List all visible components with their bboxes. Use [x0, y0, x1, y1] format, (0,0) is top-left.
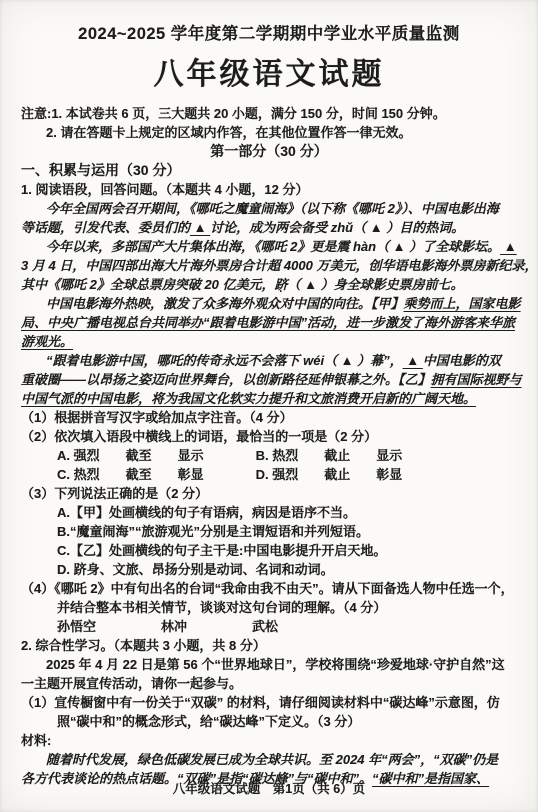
text-line: 材料:	[21, 731, 517, 750]
exam-paper: 2024~2025 学年度第二学期期中学业水平质量监测 八年级语文试题 注意:1…	[0, 0, 538, 812]
text-line: D. 跻身、文旅、昂扬分别是动词、名词和动词。	[21, 560, 517, 579]
text-line: 中国气派的中国电影，将为我国文化软实力提升和文旅消费开启新的广阔天地。	[21, 389, 517, 408]
underlined-text: 乘势而上，国家电影	[404, 296, 521, 311]
underlined-text: 拥有国际视野与	[431, 372, 522, 387]
text-line: （1）宣传橱窗中有一份关于“双碳” 的材料，请仔细阅读材料中“碳达峰”示意图，仿	[21, 693, 517, 712]
text-segment: 2. 综合性学习。（本题共 3 小题，共 8 分）	[21, 638, 266, 653]
text-line: 今年以来，多部国产大片集体出海，《哪吒 2》更是震 hàn（ ▲ ）了全球影坛。…	[21, 237, 517, 256]
underlined-text: ▲	[403, 353, 423, 368]
text-segment: 重破圈——以昂扬之姿迈向世界舞台，以创新路径延伸银幕之外。【乙】	[21, 372, 431, 387]
text-segment: 讨论，成为两会备受 zhǔ（ ▲ ）目的热词。	[210, 220, 464, 235]
text-segment: 等话题，引发代表、委员们的	[21, 220, 190, 235]
text-segment: 1. 阅读语段，回答问题。（本题共 4 小题，12 分）	[21, 182, 308, 197]
text-segment: 2. 请在答题卡上规定的区域内作答，在其他位置作答一律无效。	[46, 125, 411, 140]
text-segment: C.【乙】处画横线的句子主干是:中国电影提升开启天地。	[57, 543, 386, 558]
text-segment: （ ▲ ）身全球影史票房前七。	[288, 277, 464, 292]
text-segment: （1）根据拼音写汉字或给加点字注音。（4 分）	[21, 410, 293, 425]
text-line: 其中《哪吒 2》全球总票房突破 20 亿美元，跻（ ▲ ）身全球影史票房前七。	[21, 275, 517, 294]
underlined-text: ▲	[500, 239, 516, 254]
text-line: 2. 综合性学习。（本题共 3 小题，共 8 分）	[21, 636, 517, 655]
text-line: 游观光。	[21, 332, 517, 351]
underlined-text: 中国气派的中国电影，将为我国文化软实力提升和文旅消费开启新的广阔天地。	[21, 391, 476, 406]
text-segment: 中国电影的双	[423, 353, 501, 368]
text-segment: C. 热烈 截至 彰显 D. 强烈 截止 彰显	[57, 467, 402, 482]
document-body: 注意:1. 本试卷共 6 页，三大题共 20 小题，满分 150 分，时间 15…	[21, 104, 517, 788]
text-segment: （4）《哪吒 2》中有句出名的台词“我命由我不由天”。请从下面备选人物中任选一个…	[21, 581, 514, 596]
text-line: 孙悟空 林冲 武松	[21, 617, 517, 636]
text-segment: 其中《哪吒 2》全球总票房突破 20 亿美元，	[21, 277, 275, 292]
text-line: “跟着电影游中国，哪吒的传奇永远不会落下 wéi（ ▲ ）幕”， ▲ 中国电影的…	[21, 351, 517, 370]
underlined-text: 游观光。	[21, 334, 73, 349]
text-line: C.【乙】处画横线的句子主干是:中国电影提升开启天地。	[21, 541, 517, 560]
text-segment: （2）依次填入语段中横线上的词语，最恰当的一项是（2 分）	[21, 429, 377, 444]
text-line: 2025 年 4 月 22 日是第 56 个“世界地球日”，学校将围绕“珍爱地球…	[21, 655, 517, 674]
text-segment: （1）宣传橱窗中有一份关于“双碳” 的材料，请仔细阅读材料中“碳达峰”示意图，仿	[21, 695, 500, 710]
text-segment: 第一部分（30 分）	[210, 143, 327, 159]
text-segment: 2025 年 4 月 22 日是第 56 个“世界地球日”，学校将围绕“珍爱地球…	[46, 657, 505, 672]
text-segment: 今年以来，多部国产大片集体出海，《哪吒 2》更是震 hàn（ ▲ ）了全球影坛。	[46, 239, 500, 254]
text-line: 等话题，引发代表、委员们的 ▲ 讨论，成为两会备受 zhǔ（ ▲ ）目的热词。	[21, 218, 517, 237]
text-segment: B.“魔童闹海”“旅游观光”分别是主谓短语和并列短语。	[57, 524, 369, 539]
text-segment: 注意:1. 本试卷共 6 页，三大题共 20 小题，满分 150 分，时间 15…	[21, 106, 446, 121]
exam-session-title: 2024~2025 学年度第二学期期中学业水平质量监测	[21, 20, 517, 44]
text-line: 3 月 4 日，中国四部出海大片海外票房合计超 4000 万美元，创华语电影海外…	[21, 256, 517, 275]
text-line: A. 强烈 截至 显示 B. 热烈 截止 显示	[21, 446, 517, 465]
text-line: C. 热烈 截至 彰显 D. 强烈 截止 彰显	[21, 465, 517, 484]
text-line: 注意:1. 本试卷共 6 页，三大题共 20 小题，满分 150 分，时间 15…	[21, 104, 517, 123]
text-line: 一、积累与运用（30 分）	[21, 161, 517, 180]
text-segment: 一、积累与运用（30 分）	[21, 162, 180, 178]
text-segment: 今年全国两会召开期间，《哪吒之魔童闹海》（以下称《哪吒 2》）、中国电影出海	[46, 201, 499, 216]
text-segment: 3 月 4 日，中国四部出海大片海外票房合计超 4000 万美元，创华语电影海外…	[21, 258, 537, 273]
text-segment: “跟着电影游中国，哪吒的传奇永远不会落下 wéi（ ▲ ）幕”，	[46, 353, 403, 368]
text-line: （4）《哪吒 2》中有句出名的台词“我命由我不由天”。请从下面备选人物中任选一个…	[21, 579, 517, 598]
text-line: 今年全国两会召开期间，《哪吒之魔童闹海》（以下称《哪吒 2》）、中国电影出海	[21, 199, 517, 218]
text-line: （2）依次填入语段中横线上的词语，最恰当的一项是（2 分）	[21, 427, 517, 446]
text-line: 1. 阅读语段，回答问题。（本题共 4 小题，12 分）	[21, 180, 517, 199]
dotted-char: 跻	[275, 275, 288, 294]
text-line: 并结合整本书相关情节，谈谈对这句台词的理解。（4 分）	[21, 598, 517, 617]
text-segment: （3）下列说法正确的是（2 分）	[21, 486, 208, 501]
text-segment: A. 强烈 截至 显示 B. 热烈 截止 显示	[57, 448, 402, 463]
text-line: 第一部分（30 分）	[21, 142, 517, 161]
page-footer: 八年级语文试题 第1页（共 6）页	[0, 779, 538, 797]
page-content: 2024~2025 学年度第二学期期中学业水平质量监测 八年级语文试题 注意:1…	[0, 0, 538, 788]
text-segment: 并结合整本书相关情节，谈谈对这句台词的理解。（4 分）	[57, 600, 386, 615]
text-line: 中国电影海外热映，激发了众多海外观众对中国的向往。【甲】乘势而上，国家电影	[21, 294, 517, 313]
text-segment: 照“碳中和”的概念形式，给“碳达峰”下定义。（3 分）	[57, 714, 360, 729]
text-line: B.“魔童闹海”“旅游观光”分别是主谓短语和并列短语。	[21, 522, 517, 541]
text-segment: 随着时代发展，绿色低碳发展已成为全球共识。至 2024 年“两会”，“双碳”仍是	[46, 752, 498, 767]
text-line: 局、中央广播电视总台共同举办“跟着电影游中国”活动，进一步激发了海外游客来华旅	[21, 313, 517, 332]
exam-paper-title: 八年级语文试题	[21, 49, 517, 93]
text-line: 2. 请在答题卡上规定的区域内作答，在其他位置作答一律无效。	[21, 123, 517, 142]
text-line: （3）下列说法正确的是（2 分）	[21, 484, 517, 503]
text-line: 照“碳中和”的概念形式，给“碳达峰”下定义。（3 分）	[21, 712, 517, 731]
underlined-text: 局、中央广播电视总台共同举办“跟着电影游中国”活动，进一步激发了海外游客来华旅	[21, 315, 515, 330]
text-segment: 中国电影海外热映，激发了众多海外观众对中国的向往。【甲】	[46, 296, 404, 311]
text-segment: 材料:	[21, 733, 51, 748]
underlined-text: ▲	[190, 220, 210, 235]
text-line: 重破圈——以昂扬之姿迈向世界舞台，以创新路径延伸银幕之外。【乙】拥有国际视野与	[21, 370, 517, 389]
text-segment: A.【甲】处画横线的句子有语病，病因是语序不当。	[57, 505, 356, 520]
text-line: A.【甲】处画横线的句子有语病，病因是语序不当。	[21, 503, 517, 522]
text-line: 一主题开展宣传活动，请你一起参与。	[21, 674, 517, 693]
text-segment: D. 跻身、文旅、昂扬分别是动词、名词和动词。	[57, 562, 334, 577]
text-line: 随着时代发展，绿色低碳发展已成为全球共识。至 2024 年“两会”，“双碳”仍是	[21, 750, 517, 769]
text-line: （1）根据拼音写汉字或给加点字注音。（4 分）	[21, 408, 517, 427]
text-segment: 一主题开展宣传活动，请你一起参与。	[21, 676, 242, 691]
text-segment: 孙悟空 林冲 武松	[57, 619, 278, 634]
